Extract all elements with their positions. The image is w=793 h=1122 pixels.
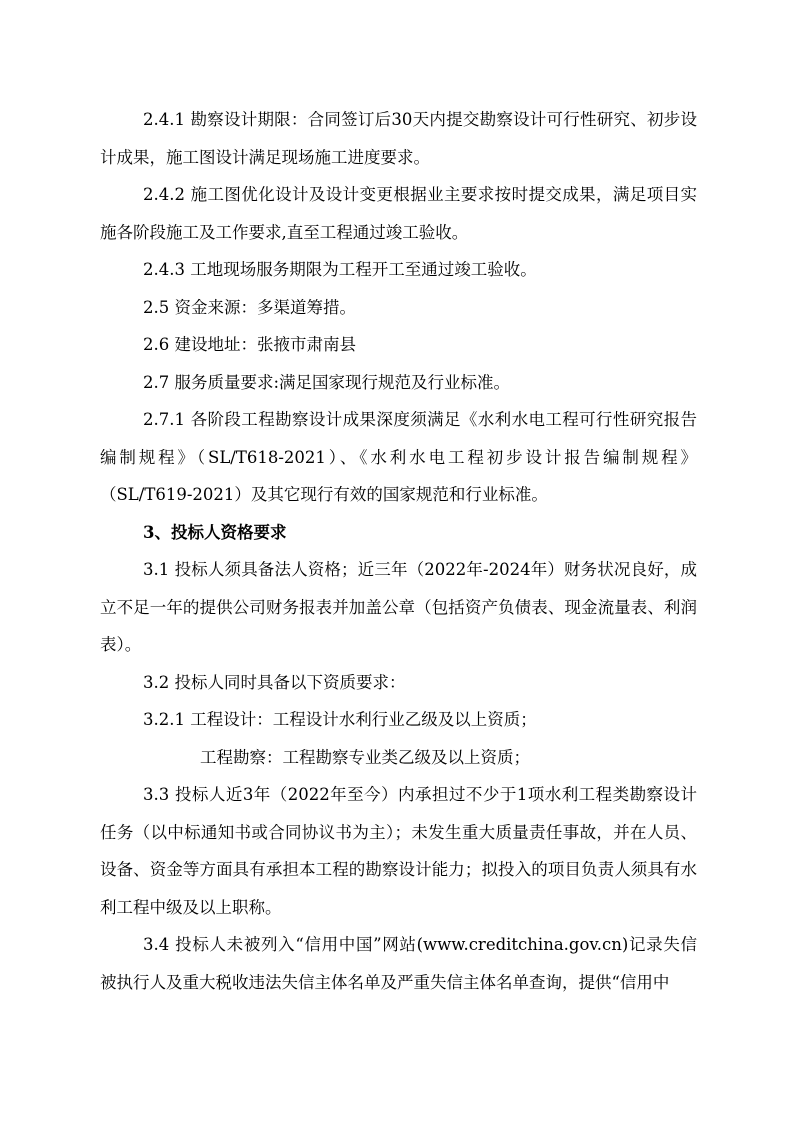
clause-2-7-service-quality: 2.7 服务质量要求:满足国家现行规范及行业标准。 <box>100 364 697 402</box>
clause-2-5-funding-source: 2.5 资金来源：多渠道筹措。 <box>100 289 697 327</box>
document-page: 2.4.1 勘察设计期限：合同签订后30天内提交勘察设计可行性研究、初步设计成果… <box>0 0 793 1122</box>
clause-3-2-1-engineering-survey: 工程勘察：工程勘察专业类乙级及以上资质； <box>100 739 697 777</box>
clause-2-4-3: 2.4.3 工地现场服务期限为工程开工至通过竣工验收。 <box>100 251 697 289</box>
document-body: 2.4.1 勘察设计期限：合同签订后30天内提交勘察设计可行性研究、初步设计成果… <box>100 101 697 1001</box>
clause-3-2-qualification-requirements: 3.2 投标人同时具备以下资质要求： <box>100 664 697 702</box>
clause-3-4-credit-china: 3.4 投标人未被列入“信用中国”网站(www.creditchina.gov.… <box>100 926 697 1001</box>
clause-3-2-1-engineering-design: 3.2.1 工程设计：工程设计水利行业乙级及以上资质； <box>100 701 697 739</box>
clause-3-1-legal-person: 3.1 投标人须具备法人资格；近三年（2022年-2024年）财务状况良好，成立… <box>100 551 697 664</box>
clause-2-6-construction-address: 2.6 建设地址：张掖市肃南县 <box>100 326 697 364</box>
clause-2-7-1-standards: 2.7.1 各阶段工程勘察设计成果深度须满足《水利水电工程可行性研究报告编制规程… <box>100 401 697 514</box>
clause-3-3-experience: 3.3 投标人近3年（2022年至今）内承担过不少于1项水利工程类勘察设计任务（… <box>100 776 697 926</box>
clause-2-4-2: 2.4.2 施工图优化设计及设计变更根据业主要求按时提交成果，满足项目实施各阶段… <box>100 176 697 251</box>
section-3-heading-bidder-qualifications: 3、投标人资格要求 <box>100 514 697 552</box>
clause-2-4-1: 2.4.1 勘察设计期限：合同签订后30天内提交勘察设计可行性研究、初步设计成果… <box>100 101 697 176</box>
